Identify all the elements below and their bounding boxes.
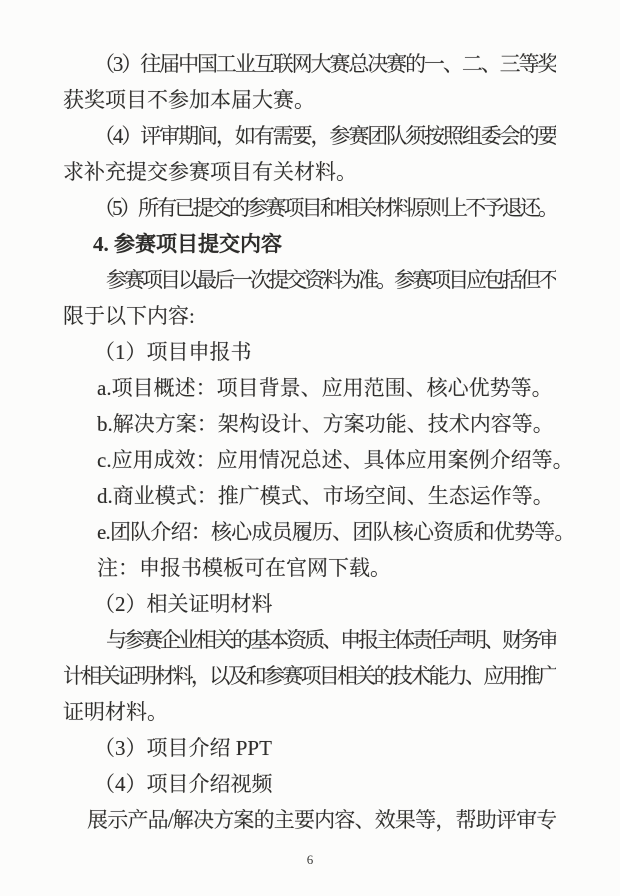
list-item: e.团队介绍：核心成员履历、团队核心资质和优势等。 bbox=[63, 514, 556, 550]
text-line: 参赛项目以最后一次提交资料为准。参赛项目应包括但不 bbox=[63, 262, 556, 298]
text-line: （4）评审期间，如有需要，参赛团队须按照组委会的要 bbox=[63, 118, 556, 154]
text-line: （5）所有已提交的参赛项目和相关材料原则上不予退还。 bbox=[63, 190, 556, 226]
list-item: （3）项目介绍 PPT bbox=[63, 730, 556, 766]
list-item: （2）相关证明材料 bbox=[63, 586, 556, 622]
text-line: 展示产品/解决方案的主要内容、效果等，帮助评审专家 bbox=[63, 802, 556, 838]
document-body: （3）往届中国工业互联网大赛总决赛的一、二、三等奖 获奖项目不参加本届大赛。 （… bbox=[63, 46, 556, 838]
text-line: （3）往届中国工业互联网大赛总决赛的一、二、三等奖 bbox=[63, 46, 556, 82]
list-item: c.应用成效：应用情况总述、具体应用案例介绍等。 bbox=[63, 442, 556, 478]
list-item: （1）项目申报书 bbox=[63, 334, 556, 370]
list-item: d.商业模式：推广模式、市场空间、生态运作等。 bbox=[63, 478, 556, 514]
document-page: （3）往届中国工业互联网大赛总决赛的一、二、三等奖 获奖项目不参加本届大赛。 （… bbox=[0, 0, 620, 896]
text-line: 计相关证明材料，以及和参赛项目相关的技术能力、应用推广 bbox=[63, 658, 556, 694]
note-line: 注：申报书模板可在官网下载。 bbox=[63, 550, 556, 586]
page-number: 6 bbox=[0, 852, 620, 868]
text-line: 求补充提交参赛项目有关材料。 bbox=[63, 154, 556, 190]
section-heading: 4. 参赛项目提交内容 bbox=[63, 226, 556, 262]
list-item: （4）项目介绍视频 bbox=[63, 766, 556, 802]
text-line: 证明材料。 bbox=[63, 694, 556, 730]
list-item: b.解决方案：架构设计、方案功能、技术内容等。 bbox=[63, 406, 556, 442]
text-line: 限于以下内容: bbox=[63, 298, 556, 334]
text-line: 与参赛企业相关的基本资质、申报主体责任声明、财务审 bbox=[63, 622, 556, 658]
text-line: 获奖项目不参加本届大赛。 bbox=[63, 82, 556, 118]
list-item: a.项目概述：项目背景、应用范围、核心优势等。 bbox=[63, 370, 556, 406]
